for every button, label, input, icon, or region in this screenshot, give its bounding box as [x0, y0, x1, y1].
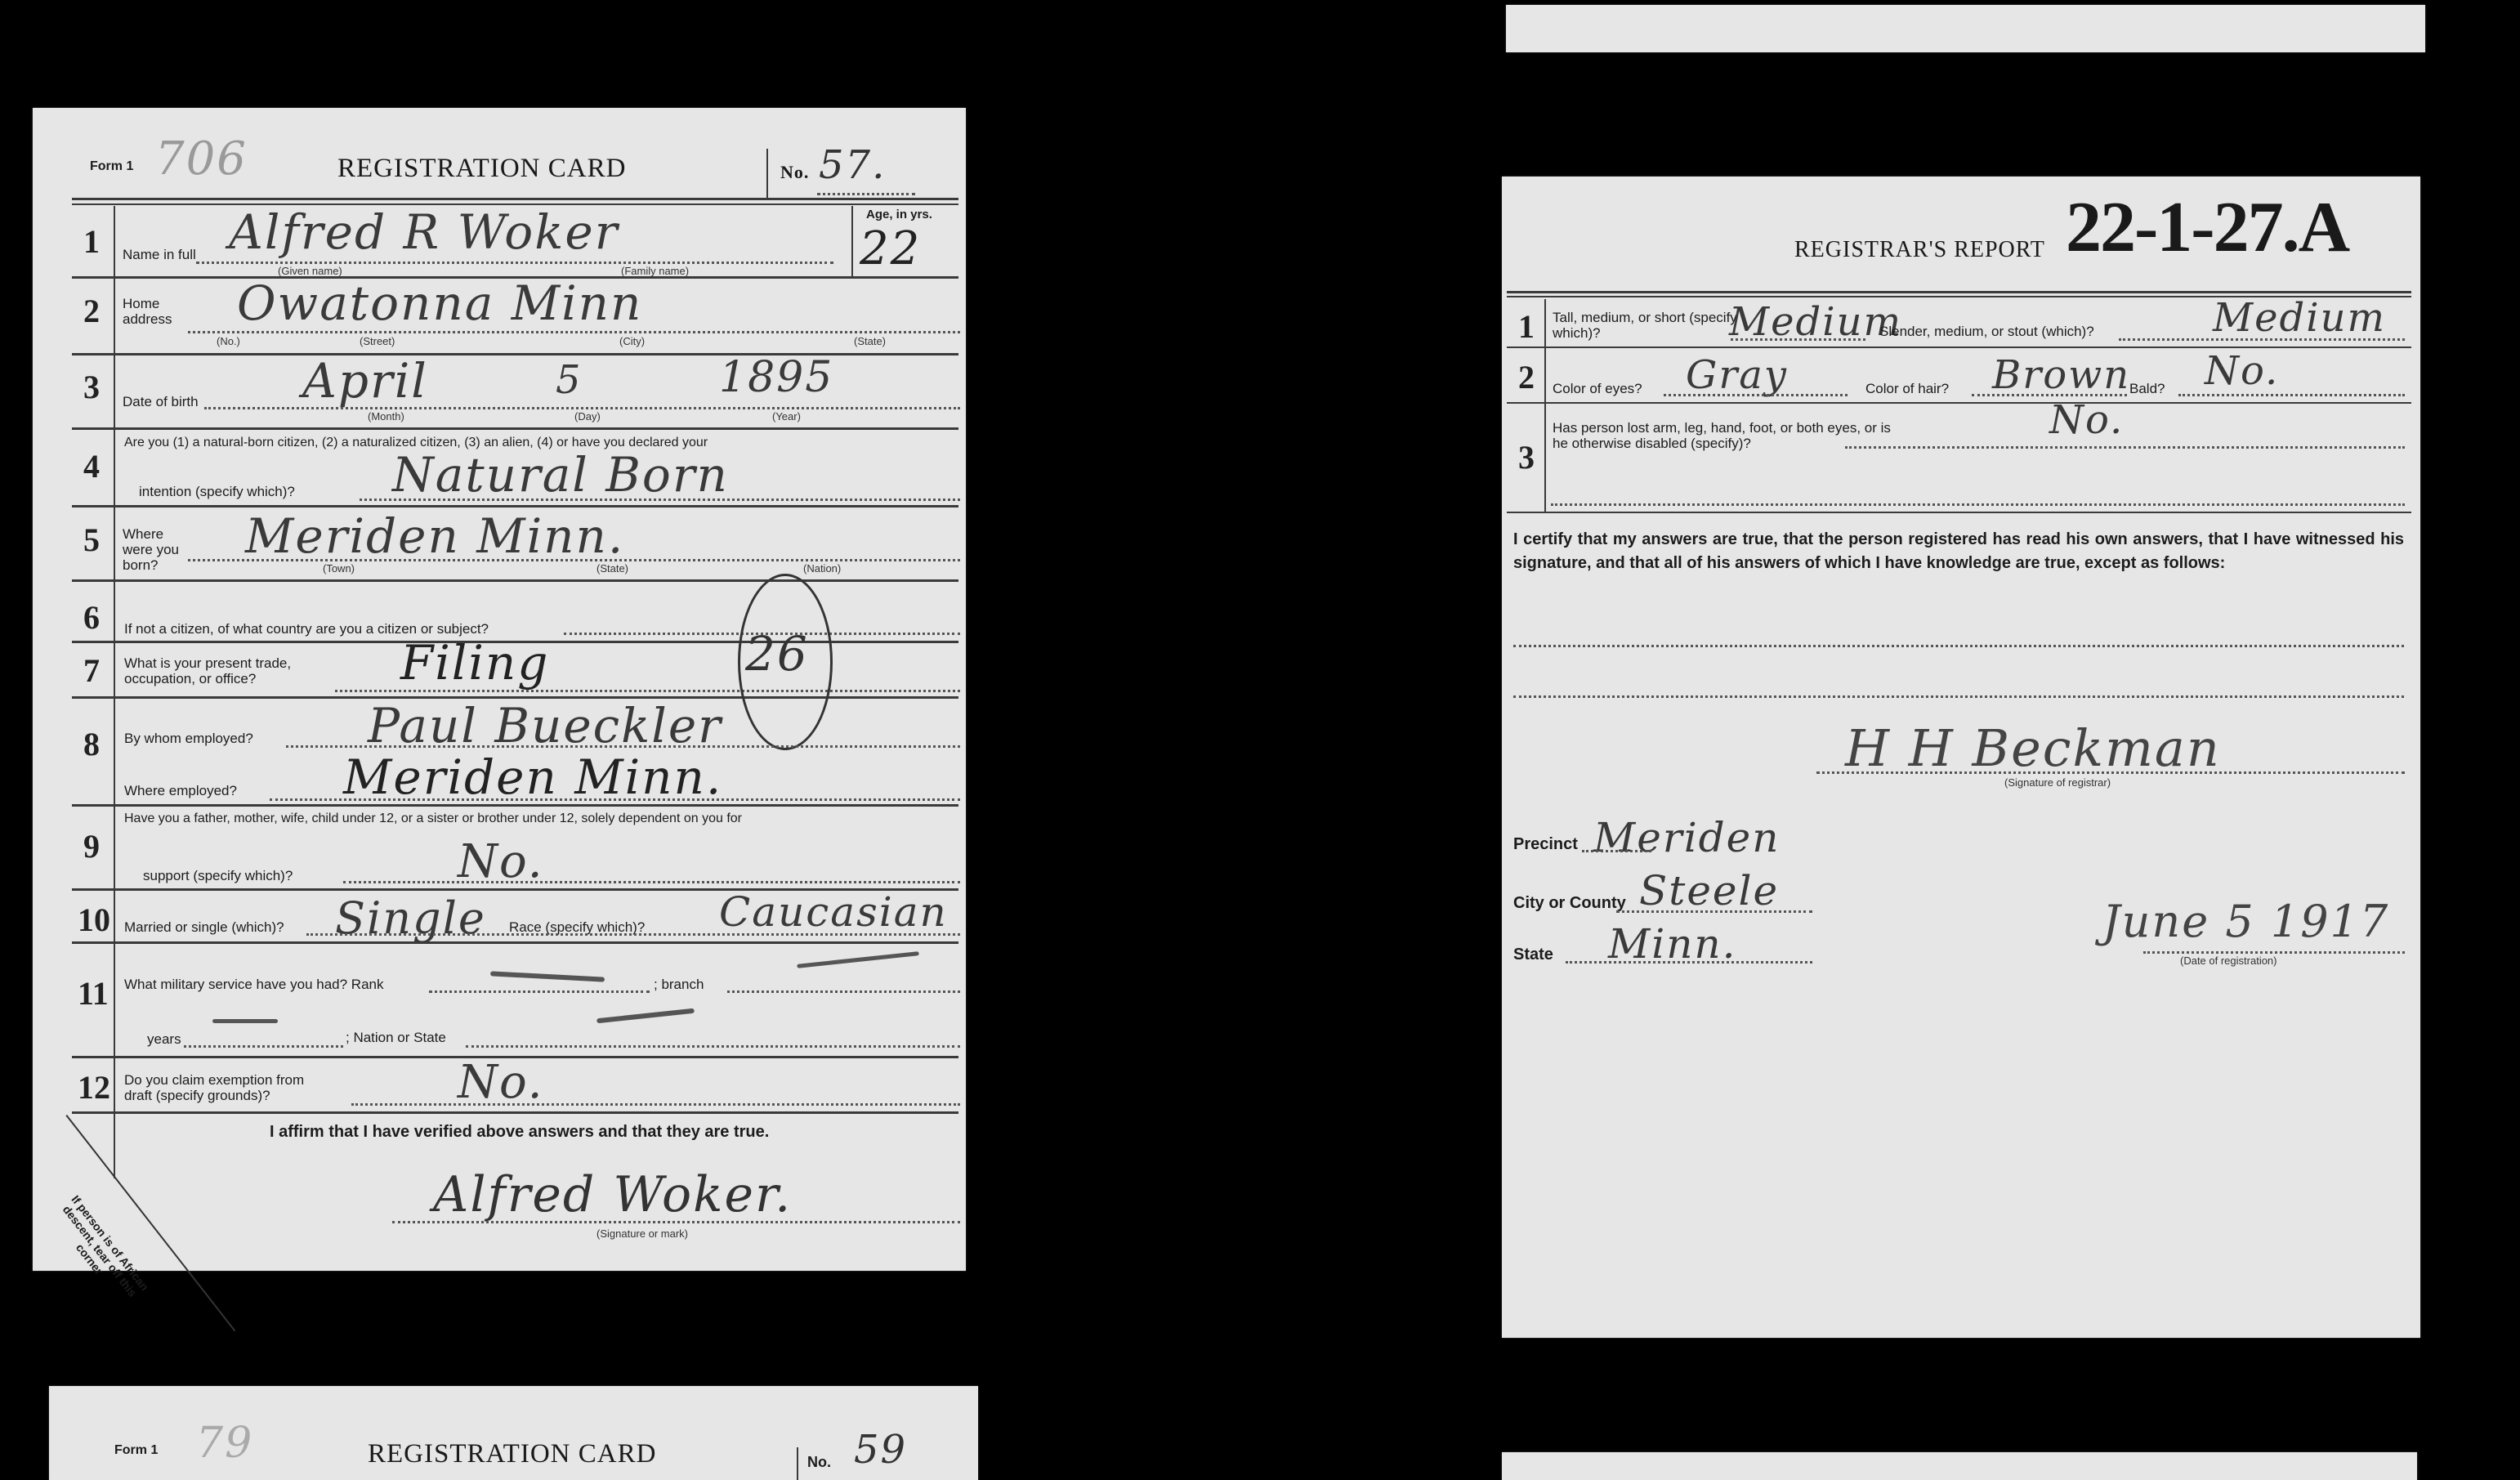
name-label: Name in full [123, 247, 196, 262]
birthplace-label: Where were you born? [123, 526, 188, 573]
birthplace-value[interactable]: Meriden Minn. [245, 508, 624, 564]
intention-label: intention (specify which)? [139, 484, 295, 499]
occupation-label: What is your present trade, occupation, … [124, 655, 337, 686]
nation-state-label: ; Nation or State [346, 1030, 446, 1045]
header-divider [766, 149, 768, 198]
home-address-label: Home address [123, 296, 180, 327]
name-value[interactable]: Alfred R Woker [229, 204, 619, 260]
next-form-label: Form 1 [114, 1443, 158, 1458]
nation-sublabel: (Nation) [803, 562, 841, 575]
dependents-question: Have you a father, mother, wife, child u… [124, 811, 742, 826]
exemption-value[interactable]: No. [458, 1056, 544, 1109]
city-sublabel: (City) [619, 335, 645, 347]
row-number-6: 6 [83, 598, 100, 637]
employment-place-label: Where employed? [124, 783, 237, 798]
header-rule [72, 198, 958, 200]
row-number-2: 2 [83, 292, 100, 330]
county-label: City or County [1513, 896, 1626, 911]
next-card-title: REGISTRATION CARD [368, 1439, 656, 1469]
next-number-label: No. [807, 1454, 831, 1471]
registration-card: Form 1 706 REGISTRATION CARD No. 57. 1 N… [33, 108, 966, 1271]
eye-color-value[interactable]: Gray [1686, 352, 1788, 398]
age-value[interactable]: 22 [860, 222, 921, 275]
height-label: Tall, medium, or short (specify which)? [1553, 310, 1740, 341]
employment-place-value[interactable]: Meriden Minn. [343, 749, 722, 805]
number-value: 57. [819, 142, 886, 188]
marital-status-label: Married or single (which)? [124, 919, 284, 935]
report-title: REGISTRAR'S REPORT [1794, 237, 2045, 263]
certification-text: I certify that my answers are true, that… [1513, 528, 2404, 575]
signature-label: (Signature or mark) [596, 1227, 688, 1240]
registration-date-label: (Date of registration) [2180, 955, 2277, 967]
file-code: 22-1-27.A [2066, 186, 2348, 269]
town-sublabel: (Town) [323, 562, 355, 575]
report-row-number-3: 3 [1518, 438, 1535, 476]
military-branch-dash [797, 951, 919, 968]
citizenship-value[interactable]: Natural Born [392, 447, 729, 503]
military-nation-dash [596, 1008, 695, 1024]
disability-value[interactable]: No. [2049, 397, 2124, 443]
report-row-number-1: 1 [1518, 307, 1535, 346]
dob-year-value[interactable]: 1895 [719, 353, 833, 402]
row-number-8: 8 [83, 725, 100, 763]
row-number-3: 3 [83, 368, 100, 406]
month-sublabel: (Month) [368, 410, 404, 423]
military-years-dash [212, 1019, 278, 1023]
military-rank-dash [490, 971, 605, 981]
row-number-divider [1544, 299, 1546, 513]
exceptions-line-1[interactable] [1513, 645, 2404, 647]
precinct-value[interactable]: Meriden [1593, 814, 1780, 861]
card-title: REGISTRATION CARD [337, 154, 626, 184]
no-sublabel: (No.) [217, 335, 240, 347]
form-label: Form 1 [90, 159, 133, 174]
row-number-1: 1 [83, 222, 100, 261]
street-sublabel: (Street) [360, 335, 395, 347]
years-label: years [147, 1031, 181, 1047]
circled-mark-value: 26 [745, 626, 809, 682]
military-service-label: What military service have you had? Rank [124, 977, 383, 992]
dob-day-value[interactable]: 5 [556, 357, 583, 403]
tear-off-corner-note: If person is of African descent, tear of… [47, 1191, 153, 1312]
previous-card-strip [1506, 5, 2425, 52]
precinct-label: Precinct [1513, 837, 1578, 852]
day-sublabel: (Day) [574, 410, 601, 423]
row-number-11: 11 [78, 974, 109, 1013]
row-number-10: 10 [78, 901, 110, 939]
build-value[interactable]: Medium [2213, 295, 2386, 341]
county-value[interactable]: Steele [1639, 867, 1779, 914]
registrar-signature-label: (Signature of registrar) [2004, 776, 2111, 789]
next-report-strip [1502, 1452, 2417, 1480]
race-value[interactable]: Caucasian [719, 888, 948, 936]
branch-label: ; branch [654, 977, 704, 992]
occupation-value[interactable]: Filing [400, 635, 549, 691]
registrars-report-card: 22-1-27.A REGISTRAR'S REPORT 1 Tall, med… [1502, 177, 2420, 1338]
row-number-5: 5 [83, 521, 100, 559]
home-address-value[interactable]: Owatonna Minn [237, 275, 642, 331]
state-sublabel: (State) [854, 335, 886, 347]
dob-label: Date of birth [123, 394, 199, 409]
next-serial-handwritten: 79 [196, 1419, 253, 1468]
exceptions-line-2[interactable] [1513, 695, 2404, 698]
row-number-4: 4 [83, 447, 100, 485]
next-number-value: 59 [854, 1427, 907, 1473]
build-label: Slender, medium, or stout (which)? [1879, 324, 2094, 339]
row-number-9: 9 [83, 827, 100, 865]
marital-status-value[interactable]: Single [335, 892, 486, 944]
exemption-label: Do you claim exemption from draft (speci… [124, 1072, 312, 1103]
serial-number-handwritten: 706 [155, 132, 248, 186]
report-row-number-2: 2 [1518, 358, 1535, 396]
eye-color-label: Color of eyes? [1553, 381, 1642, 396]
dob-month-value[interactable]: April [302, 353, 428, 409]
hair-color-label: Color of hair? [1865, 381, 1949, 396]
bald-label: Bald? [2129, 381, 2165, 396]
year-sublabel: (Year) [772, 410, 801, 423]
state-label: State [1513, 947, 1553, 963]
registration-date-value[interactable]: June 5 1917 [2102, 896, 2389, 947]
row-number-divider [114, 206, 115, 1178]
registrant-signature[interactable]: Alfred Woker. [433, 1166, 792, 1223]
row-number-7: 7 [83, 651, 100, 690]
number-label: No. [780, 162, 809, 183]
header-rule [1507, 291, 2411, 293]
registrar-signature[interactable]: H H Beckman [1845, 718, 2221, 778]
state-sublabel: (State) [596, 562, 628, 575]
support-label: support (specify which)? [143, 868, 293, 883]
next-registration-card: Form 1 79 REGISTRATION CARD No. 59 [49, 1386, 978, 1480]
affirmation-text: I affirm that I have verified above answ… [270, 1123, 769, 1142]
disability-label: Has person lost arm, leg, hand, foot, or… [1553, 420, 1896, 451]
hair-color-value[interactable]: Brown [1992, 352, 2130, 398]
row-number-12: 12 [78, 1068, 110, 1107]
bald-value[interactable]: No. [2205, 348, 2279, 394]
employer-label: By whom employed? [124, 731, 253, 746]
age-label: Age, in yrs. [866, 208, 932, 221]
